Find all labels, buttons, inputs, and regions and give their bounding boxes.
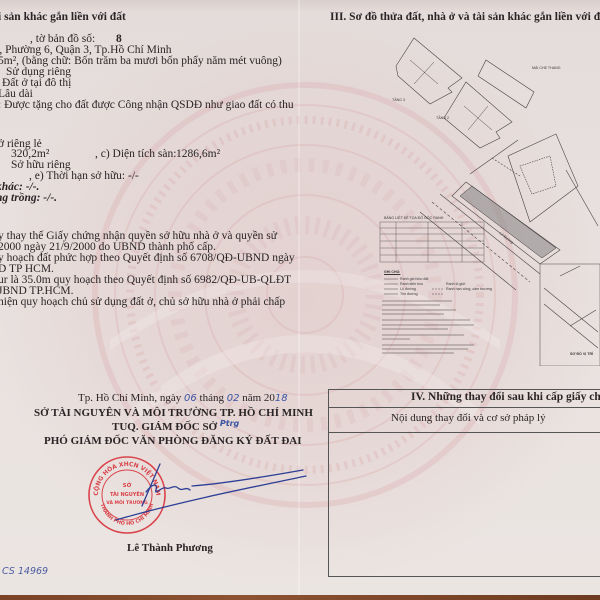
date-prefix: Tp. Hồ Chí Minh, ngày	[78, 392, 181, 404]
legend-item: Ranh giới khu đất	[400, 277, 428, 282]
date-year-suffix: 18	[275, 393, 288, 404]
signer-name: Lê Thành Phương	[127, 541, 213, 555]
use-origin: : Được tặng cho đất được Công nhận QSDĐ …	[0, 98, 294, 112]
signer-title: PHÓ GIÁM ĐỐC VĂN PHÒNG ĐĂNG KÝ ĐẤT ĐAI	[44, 434, 302, 448]
inset-map-label: SƠ ĐỒ VỊ TRÍ	[570, 352, 593, 357]
changes-table: IV. Những thay đổi sau khi cấp giấy chứn…	[328, 389, 600, 577]
label-floor2: TẦNG 2	[436, 116, 449, 121]
legend-item: Tim đường	[400, 292, 418, 297]
legend-item: Lộ đường	[400, 287, 416, 292]
tuq-label: TUQ. GIÁM ĐỐC SỞ	[112, 421, 217, 433]
date-month-label: tháng	[200, 392, 224, 404]
date-day: 06	[184, 393, 197, 404]
handwritten-signature	[108, 462, 308, 522]
section4-heading: IV. Những thay đổi sau khi cấp giấy chứn…	[411, 391, 600, 403]
changes-column-label: Nội dung thay đổi và cơ sở pháp lý	[391, 412, 546, 424]
date-month: 02	[227, 393, 240, 404]
ownership-term-label: , e) Thời hạn sở hữu:	[29, 169, 125, 183]
date-year-label: năm 20	[242, 392, 275, 404]
label-stair-cover: MÁI CHE THANG	[532, 66, 561, 71]
coordinate-table-title: BẢNG LIỆT KÊ TỌA ĐỘ GÓC RANH	[384, 216, 443, 221]
legend-item: Ranh hạn công, cấm thượng	[446, 287, 492, 292]
authorization-line: TUQ. GIÁM ĐỐC SỞ Ptrg	[112, 420, 239, 435]
section-heading-diagram: III. Sơ đồ thửa đất, nhà ở và tài sản kh…	[330, 10, 600, 24]
legend-item: Ranh kiến trúc	[400, 282, 423, 287]
tuq-initials: Ptrg	[220, 419, 239, 428]
perennial-trees: ng trồng: -/-.	[0, 191, 57, 205]
issue-date: Tp. Hồ Chí Minh, ngày 06 tháng 02 năm 20…	[78, 391, 288, 406]
changes-column-header: Nội dung thay đổi và cơ sở pháp lý	[329, 407, 600, 433]
changes-table-header: IV. Những thay đổi sau khi cấp giấy chứn…	[329, 390, 600, 408]
plot-drawing	[370, 26, 600, 366]
floor-area-value: 1286,6m²	[176, 147, 220, 161]
land-plot-diagram: TẦNG 3 TẦNG 2 MÁI CHE THANG BẢNG LIỆT KÊ…	[370, 26, 600, 366]
legend-item: Ranh lộ giới	[446, 282, 465, 287]
certificate-serial: CS 14969	[2, 565, 48, 579]
label-floor3: TẦNG 3	[392, 98, 405, 103]
note-line: hiện quy hoạch chủ sử dụng đất ở, chủ sở…	[0, 295, 285, 309]
table-surface	[0, 595, 600, 600]
section-heading-left: i sản khác gắn liền với đất	[0, 10, 126, 24]
ownership-term-value: -/-	[128, 169, 139, 183]
floor-area-label: , c) Diện tích sàn:	[95, 147, 176, 161]
issuing-organization: SỞ TÀI NGUYÊN VÀ MÔI TRƯỜNG TP. HỒ CHÍ M…	[34, 406, 313, 420]
notes-title: GHI CHÚ:	[384, 270, 400, 275]
